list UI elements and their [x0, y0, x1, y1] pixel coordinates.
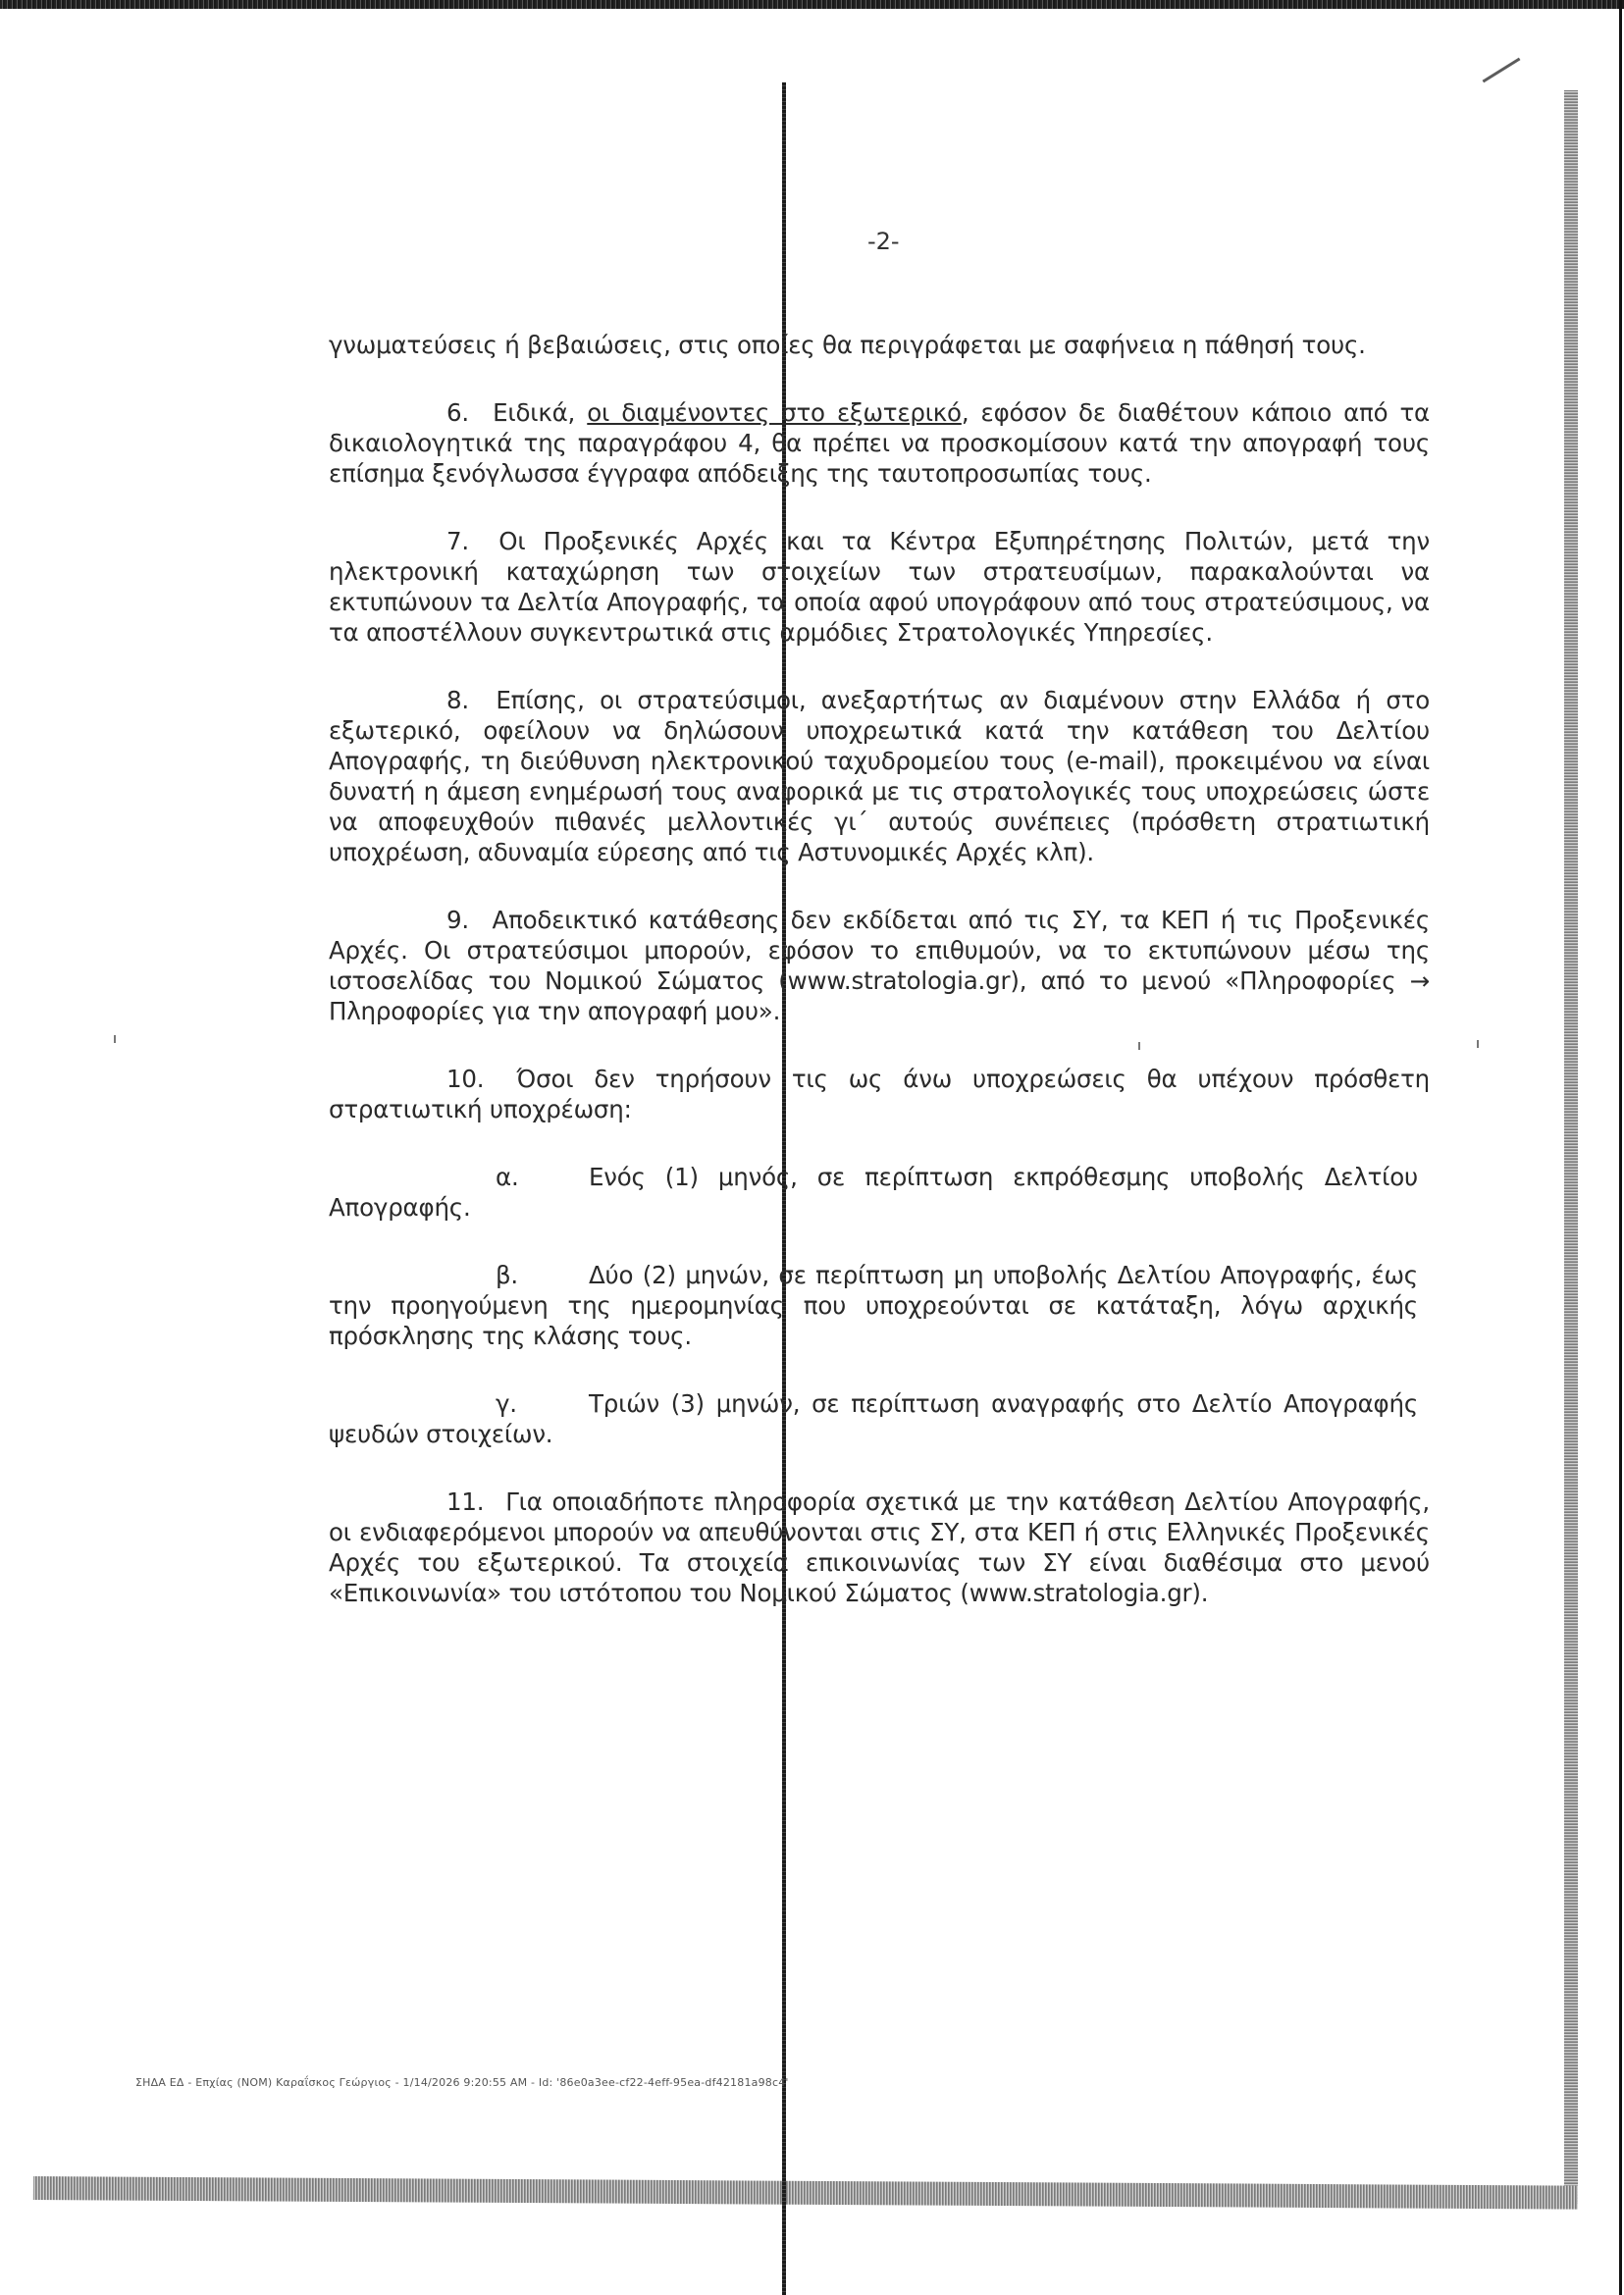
- paragraph-text: Αποδεικτικό κατάθεσης δεν εκδίδεται από …: [329, 906, 1430, 1025]
- paragraph-lead: Ειδικά,: [493, 398, 575, 427]
- scan-right-edge: [1619, 0, 1622, 2295]
- document-body: γνωματεύσεις ή βεβαιώσεις, στις οποίες θ…: [329, 330, 1430, 1645]
- paragraph-text: Για οποιαδήποτε πληροφορία σχετικά με τη…: [329, 1487, 1430, 1607]
- signature-metadata: ΣΗΔΑ ΕΔ - Επχίας (ΝΟΜ) Καραΐσκος Γεώργιο…: [135, 2076, 789, 2089]
- sub-item-a: α.Ενός (1) μηνός, σε περίπτωση εκπρόθεσμ…: [329, 1162, 1418, 1223]
- scan-right-shadow: [1564, 90, 1578, 2204]
- sub-item-text: Ενός (1) μηνός, σε περίπτωση εκπρόθεσμης…: [329, 1163, 1418, 1222]
- paragraph-10: 10. Όσοι δεν τηρήσουν τις ως άνω υποχρεώ…: [329, 1064, 1430, 1124]
- sub-item-text: Δύο (2) μηνών, σε περίπτωση μη υποβολής …: [329, 1261, 1418, 1350]
- scan-mark: [1483, 58, 1521, 83]
- sub-item-label: γ.: [496, 1388, 589, 1419]
- paragraph-text: Επίσης, οι στρατεύσιμοι, ανεξαρτήτως αν …: [329, 686, 1430, 866]
- sub-item-b: β.Δύο (2) μηνών, σε περίπτωση μη υποβολή…: [329, 1260, 1418, 1351]
- paragraph-6: 6. Ειδικά, οι διαμένοντες στο εξωτερικό,…: [329, 397, 1430, 489]
- paragraph-text: Οι Προξενικές Αρχές και τα Κέντρα Εξυπηρ…: [329, 527, 1430, 647]
- sub-item-label: α.: [496, 1162, 589, 1192]
- page-number: -2-: [867, 228, 900, 255]
- paragraph-text: Όσοι δεν τηρήσουν τις ως άνω υποχρεώσεις…: [329, 1065, 1430, 1123]
- paragraph-number: 9.: [446, 906, 469, 934]
- paragraph-8: 8. Επίσης, οι στρατεύσιμοι, ανεξαρτήτως …: [329, 685, 1430, 867]
- paragraph-emphasis: οι διαμένοντες στο εξωτερικό: [587, 398, 962, 427]
- paragraph-number: 8.: [446, 686, 469, 714]
- paragraph-text: γνωματεύσεις ή βεβαιώσεις, στις οποίες θ…: [329, 331, 1366, 359]
- scan-speck: [114, 1035, 116, 1043]
- paragraph-7: 7. Οι Προξενικές Αρχές και τα Κέντρα Εξυ…: [329, 526, 1430, 648]
- scan-bottom-shadow: [33, 2176, 1578, 2210]
- paragraph-number: 11.: [446, 1487, 484, 1516]
- scan-top-edge: [0, 0, 1624, 9]
- paragraph-number: 6.: [446, 398, 469, 427]
- sub-item-label: β.: [496, 1260, 589, 1290]
- paragraph-number: 10.: [446, 1065, 484, 1093]
- paragraph-9: 9. Αποδεικτικό κατάθεσης δεν εκδίδεται α…: [329, 905, 1430, 1026]
- sub-item-c: γ.Τριών (3) μηνών, σε περίπτωση αναγραφή…: [329, 1388, 1418, 1449]
- sub-item-text: Τριών (3) μηνών, σε περίπτωση αναγραφής …: [329, 1389, 1418, 1448]
- paragraph-11: 11. Για οποιαδήποτε πληροφορία σχετικά μ…: [329, 1487, 1430, 1608]
- paragraph-continuation: γνωματεύσεις ή βεβαιώσεις, στις οποίες θ…: [329, 330, 1430, 360]
- paragraph-number: 7.: [446, 527, 469, 555]
- scan-speck: [1477, 1040, 1479, 1048]
